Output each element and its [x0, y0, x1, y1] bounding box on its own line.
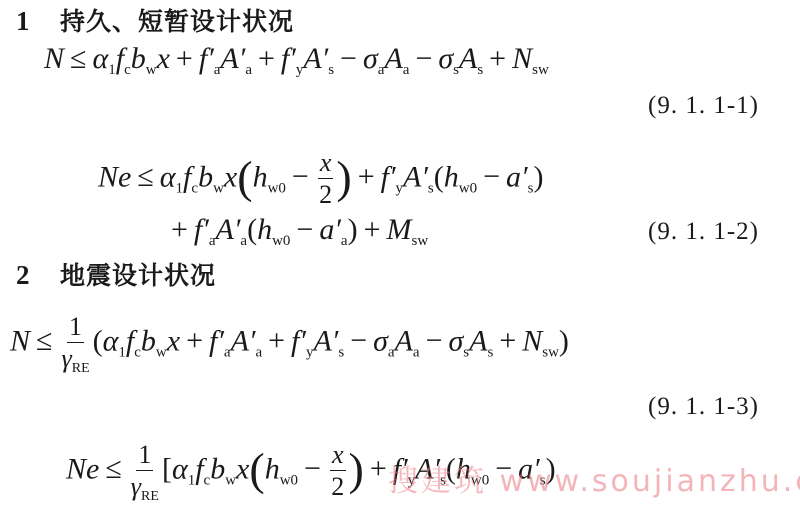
section-heading-1: 1持久、短暂设计状况 [16, 2, 294, 38]
equation-9-1-1-1: N≤α1fcbwx+f′aA′a+f′yA′s−σaAa−σsAs+Nsw [44, 42, 549, 76]
equation-number: (9. 1. 1-3) [648, 393, 759, 421]
fraction-x-over-2: x2 [330, 440, 346, 503]
equation-9-1-1-3: N≤1γRE(α1fcbwx+f′aA′a+f′yA′s−σaAa−σsAs+N… [10, 312, 569, 375]
section-heading-2: 2地震设计状况 [16, 256, 216, 292]
equation-number: (9. 1. 1-2) [648, 218, 759, 246]
fraction-1-over-gamma-re: 1γRE [131, 440, 159, 503]
section-title: 持久、短暂设计状况 [60, 7, 294, 36]
equation-9-1-1-2-line-1: Ne≤α1fcbwx(hw0−x2)+f′yA′s(hw0−a′s) [98, 148, 543, 211]
equation-number: (9. 1. 1-1) [648, 92, 759, 120]
watermark: 搜建筑 www.soujianzhu.cn [388, 456, 800, 500]
section-number: 2 [16, 260, 60, 291]
fraction-1-over-gamma-re: 1γRE [61, 312, 89, 375]
section-number: 1 [16, 6, 60, 37]
section-title: 地震设计状况 [60, 261, 216, 290]
equation-9-1-1-2-line-2: +f′aA′a(hw0−a′a)+Msw [165, 213, 428, 247]
fraction-x-over-2: x2 [318, 148, 334, 211]
